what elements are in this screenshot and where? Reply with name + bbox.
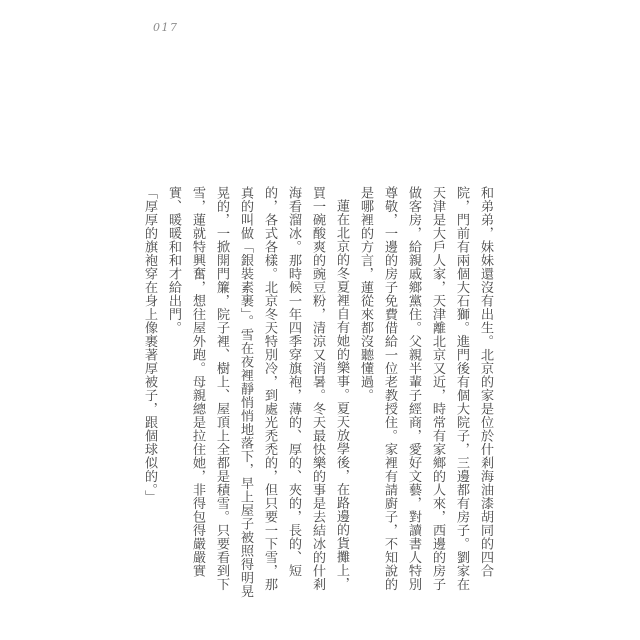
book-page: 017 和弟弟，妹妹還沒有出生。北京的家是位於什剎海油漆胡同的四合院，門前有兩個… — [0, 0, 640, 640]
paragraph-quote: 「厚厚的旗袍穿在身上像裹著厚被子，跟個球似的。」 — [138, 186, 162, 603]
paragraph: 和弟弟，妹妹還沒有出生。北京的家是位於什剎海油漆胡同的四合院，門前有兩個大石獅。… — [354, 186, 498, 603]
page-number: 017 — [153, 21, 179, 34]
paragraph: 蓮在北京的冬夏裡自有她的樂事。夏天放學後，在路邊的貨攤上，買一碗酸爽的豌豆粉，清… — [162, 186, 354, 603]
vertical-text-block: 和弟弟，妹妹還沒有出生。北京的家是位於什剎海油漆胡同的四合院，門前有兩個大石獅。… — [156, 186, 498, 603]
